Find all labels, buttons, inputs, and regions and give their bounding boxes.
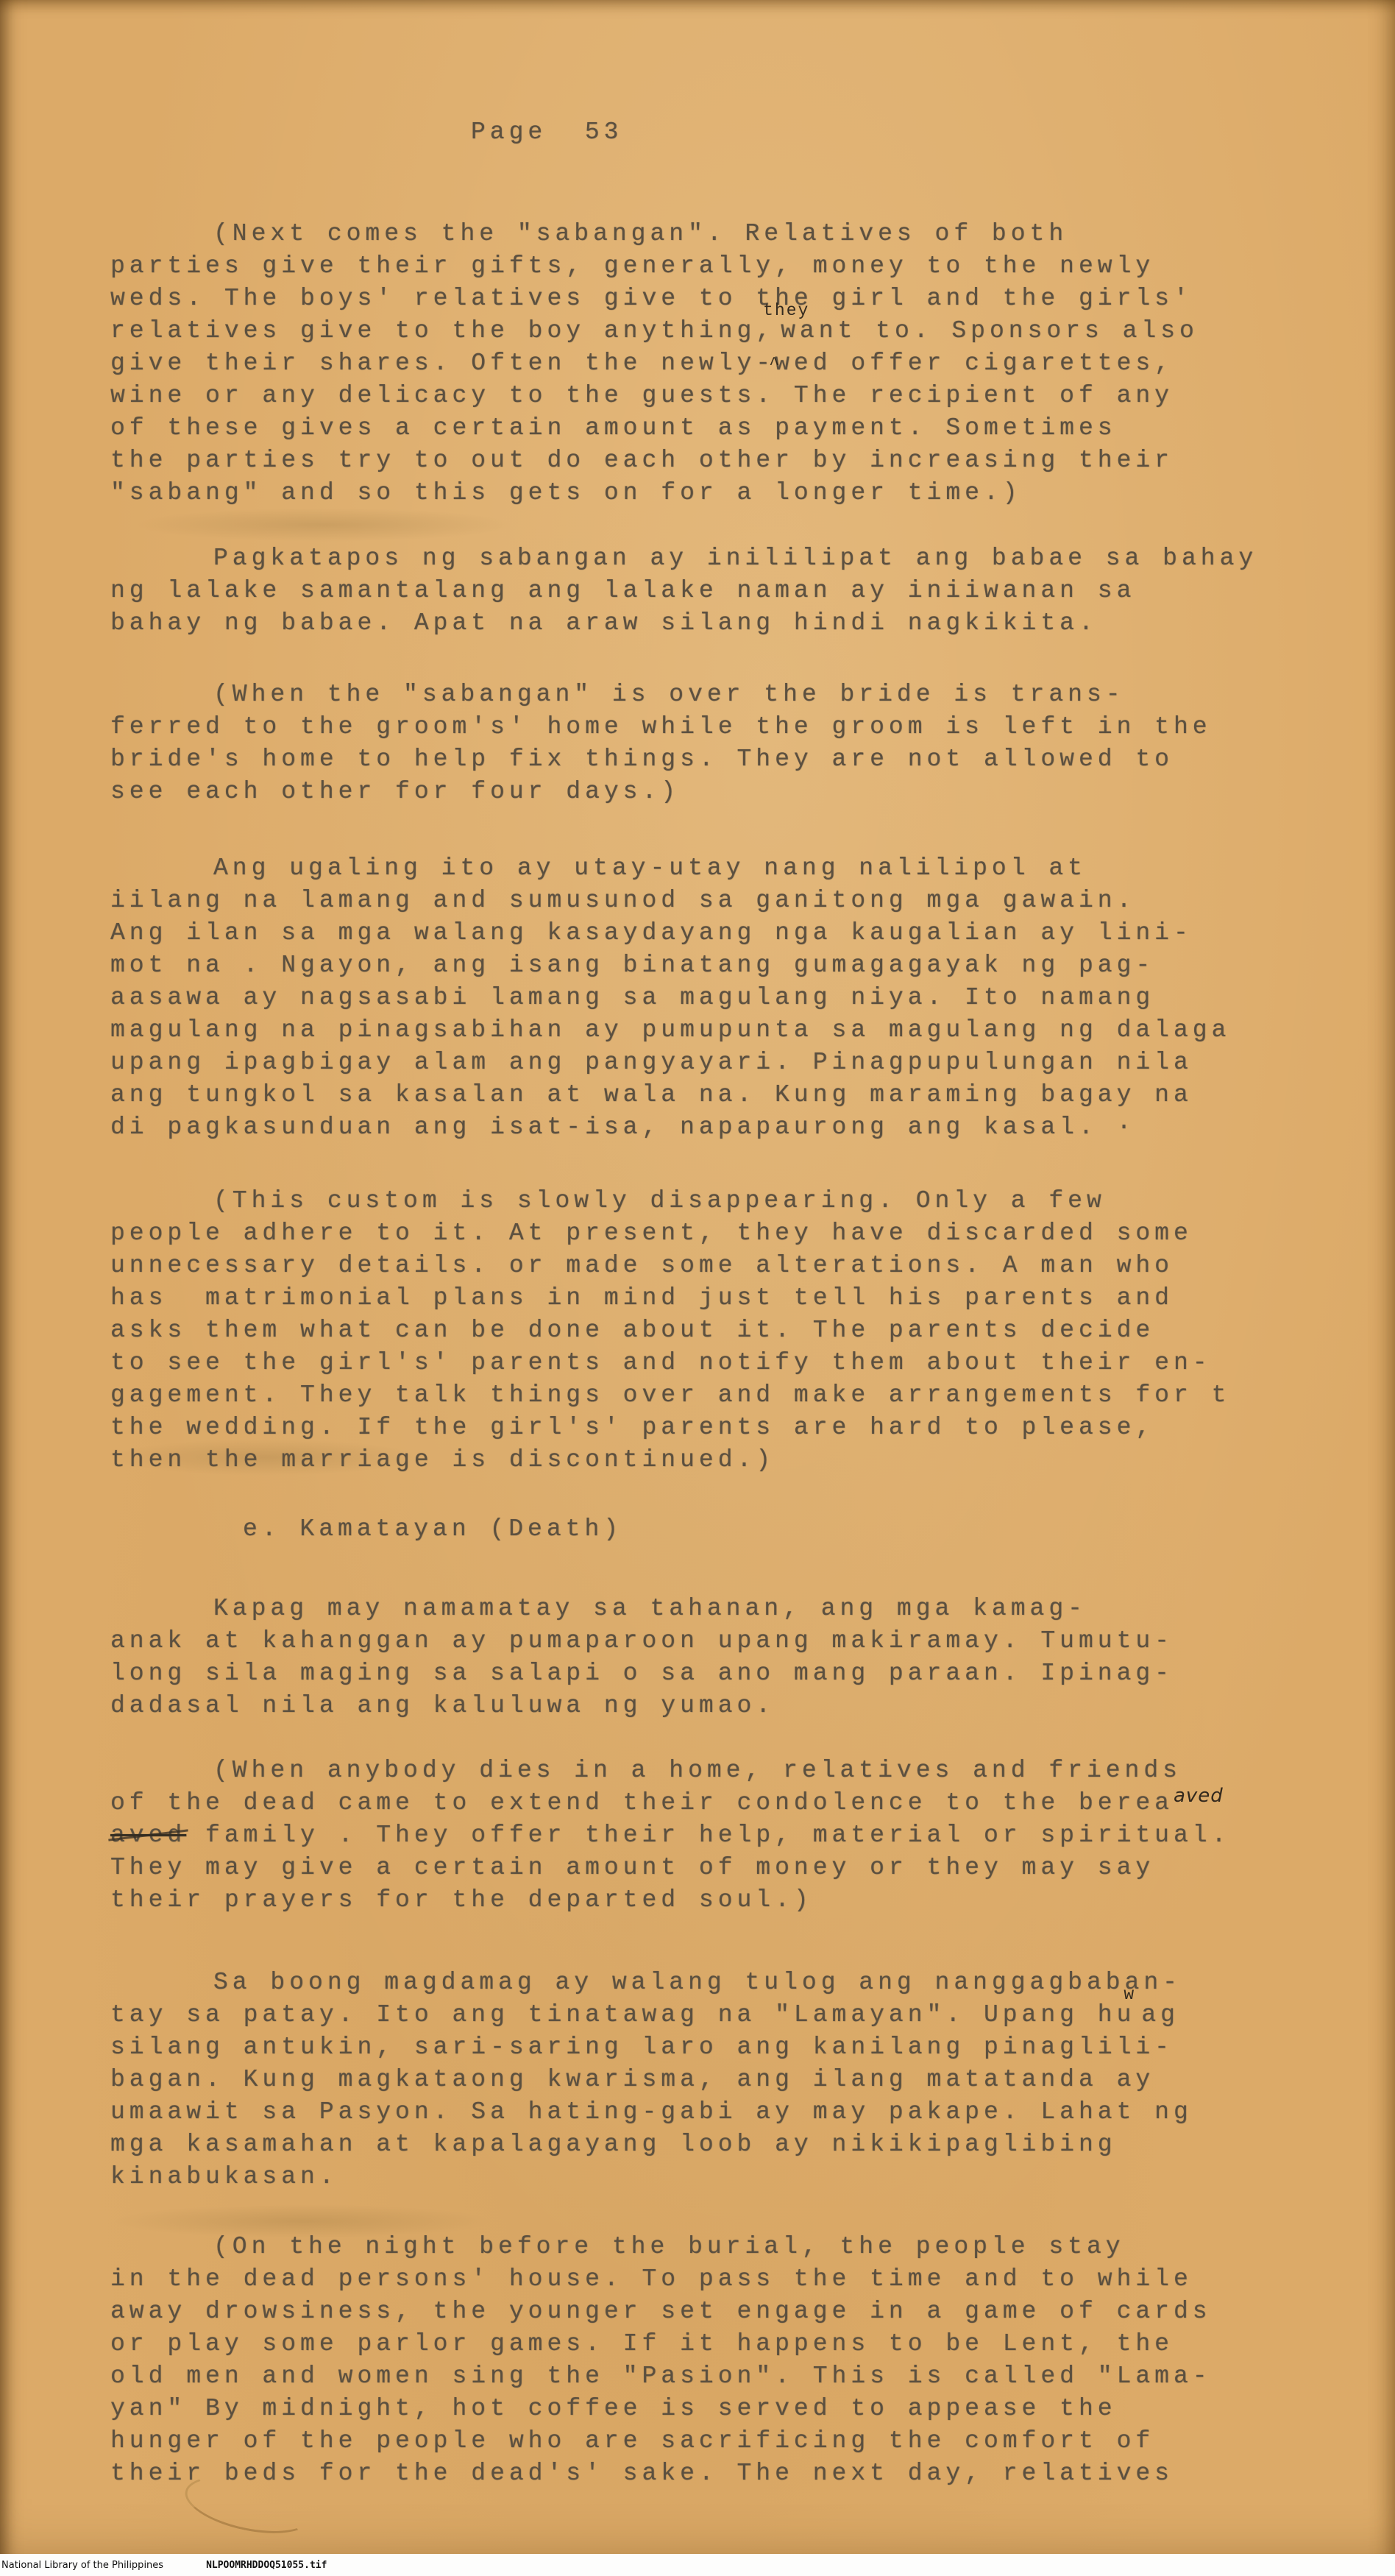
text-line: has matrimonial plans in mind just tell … bbox=[110, 1282, 1361, 1314]
text-line: asks them what can be done about it. The… bbox=[110, 1314, 1361, 1347]
text-line: bagan. Kung magkataong kwarisma, ang ila… bbox=[110, 2064, 1361, 2096]
text-segment: relatives give to the boy anything, bbox=[110, 317, 775, 344]
text-line: of these gives a certain amount as payme… bbox=[110, 412, 1361, 445]
text-line: Sa boong magdamag ay walang tulog ang na… bbox=[110, 1967, 1361, 1999]
text-line: ferred to the groom's' home while the gr… bbox=[110, 711, 1361, 743]
paragraph-english-custom: (This custom is slowly disappearing. Onl… bbox=[110, 1185, 1361, 1476]
text-line: They may give a certain amount of money … bbox=[110, 1852, 1361, 1884]
section-heading-kamatayan: e. Kamatayan (Death) bbox=[110, 1513, 622, 1546]
text-line: Ang ugaling ito ay utay-utay nang nalili… bbox=[110, 852, 1361, 885]
text-line: of the dead came to extend their condole… bbox=[110, 1787, 1361, 1819]
text-line: "sabang" and so this gets on for a longe… bbox=[110, 477, 1361, 509]
text-line: unnecessary details. or made some altera… bbox=[110, 1250, 1361, 1282]
text-line: silang antukin, sari-saring laro ang kan… bbox=[110, 2031, 1361, 2064]
text-line: (When the "sabangan" is over the bride i… bbox=[110, 679, 1361, 711]
text-line: then the marriage is discontinued.) bbox=[110, 1444, 1361, 1476]
paragraph-tagalog-lamayan: Sa boong magdamag ay walang tulog ang na… bbox=[110, 1967, 1361, 2193]
text-line: Kapag may namamatay sa tahanan, ang mga … bbox=[110, 1593, 1361, 1625]
text-line: hunger of the people who are sacrificing… bbox=[110, 2425, 1361, 2458]
text-line: the parties try to out do each other by … bbox=[110, 445, 1361, 477]
library-name: National Library of the Philippines bbox=[1, 2560, 163, 2571]
text-line: old men and women sing the "Pasion". Thi… bbox=[110, 2360, 1361, 2393]
text-line: dadasal nila ang kaluluwa ng yumao. bbox=[110, 1690, 1361, 1722]
text-line: aved family . They offer their help, mat… bbox=[110, 1819, 1361, 1852]
paragraph-english-sabangan: (Next comes the "sabangan". Relatives of… bbox=[110, 218, 1361, 509]
text-line: (Next comes the "sabangan". Relatives of… bbox=[110, 218, 1361, 250]
text-line: upang ipagbigay alam ang pangyayari. Pin… bbox=[110, 1047, 1361, 1079]
text-line: (On the night before the burial, the peo… bbox=[110, 2231, 1361, 2263]
text-line: mot na . Ngayon, ang isang binatang guma… bbox=[110, 949, 1361, 982]
text-segment: tay sa patay. Ito ang tinatawag na "Lama… bbox=[110, 2001, 1135, 2028]
caret-mark: ^ bbox=[769, 356, 784, 374]
text-segment: want to. Sponsors also bbox=[781, 317, 1199, 344]
text-line: people adhere to it. At present, they ha… bbox=[110, 1217, 1361, 1250]
text-line: bride's home to help fix things. They ar… bbox=[110, 743, 1361, 776]
text-line: tay sa patay. Ito ang tinatawag na "Lama… bbox=[110, 1999, 1361, 2031]
text-line: their prayers for the departed soul.) bbox=[110, 1884, 1361, 1917]
handwritten-word-aved: aved bbox=[1174, 1785, 1224, 1807]
text-line: gagement. They talk things over and make… bbox=[110, 1379, 1361, 1412]
text-line: di pagkasunduan ang isat-isa, napapauron… bbox=[110, 1111, 1361, 1144]
text-line: or play some parlor games. If it happens… bbox=[110, 2328, 1361, 2360]
text-line: mga kasamahan at kapalagayang loob ay ni… bbox=[110, 2129, 1361, 2161]
text-segment: ag bbox=[1141, 2001, 1179, 2028]
scan-footer-bar: National Library of the Philippines NLPO… bbox=[0, 2554, 1395, 2576]
ink-smudge bbox=[132, 508, 515, 542]
struck-out-word: aved bbox=[110, 1819, 186, 1852]
text-line: to see the girl's' parents and notify th… bbox=[110, 1347, 1361, 1379]
text-line: their beds for the dead's' sake. The nex… bbox=[110, 2458, 1361, 2490]
paragraph-tagalog-sabangan: Pagkatapos ng sabangan ay inililipat ang… bbox=[110, 542, 1361, 640]
text-line: wine or any delicacy to the guests. The … bbox=[110, 380, 1361, 412]
text-line: see each other for four days.) bbox=[110, 776, 1361, 808]
handwritten-letter-w: w bbox=[1124, 1986, 1135, 2003]
paragraph-tagalog-ugaling: Ang ugaling ito ay utay-utay nang nalili… bbox=[110, 852, 1361, 1144]
text-line: Pagkatapos ng sabangan ay inililipat ang… bbox=[110, 542, 1361, 575]
text-line: parties give their gifts, generally, mon… bbox=[110, 250, 1361, 283]
text-line: magulang na pinagsabihan ay pumupunta sa… bbox=[110, 1014, 1361, 1047]
text-line: weds. The boys' relatives give to the gi… bbox=[110, 283, 1361, 315]
text-segment: of the dead came to extend their condole… bbox=[110, 1789, 1174, 1816]
text-line: umaawit sa Pasyon. Sa hating-gabi ay may… bbox=[110, 2096, 1361, 2129]
paragraph-english-condolence: (When anybody dies in a home, relatives … bbox=[110, 1755, 1361, 1917]
text-line: give their shares. Often the newly-wed o… bbox=[110, 347, 1361, 380]
paragraph-english-transfer: (When the "sabangan" is over the bride i… bbox=[110, 679, 1361, 808]
text-line: ang tungkol sa kasalan at wala na. Kung … bbox=[110, 1079, 1361, 1111]
paragraph-tagalog-kamatayan: Kapag may namamatay sa tahanan, ang mga … bbox=[110, 1593, 1361, 1722]
text-line: away drowsiness, the younger set engage … bbox=[110, 2296, 1361, 2328]
text-line: (When anybody dies in a home, relatives … bbox=[110, 1755, 1361, 1787]
text-line: (This custom is slowly disappearing. Onl… bbox=[110, 1185, 1361, 1217]
text-line: yan" By midnight, hot coffee is served t… bbox=[110, 2393, 1361, 2425]
text-line: Ang ilan sa mga walang kasaydayang nga k… bbox=[110, 917, 1361, 949]
text-line: bahay ng babae. Apat na araw silang hind… bbox=[110, 607, 1361, 640]
text-line: aasawa ay nagsasabi lamang sa magulang n… bbox=[110, 982, 1361, 1014]
text-line: kinabukasan. bbox=[110, 2161, 1361, 2193]
page-number: Page 53 bbox=[471, 116, 622, 149]
scan-filename: NLPOOMRHDDOQ51055.tif bbox=[206, 2560, 327, 2571]
scanned-document-page: Page 53 (Next comes the "sabangan". Rela… bbox=[0, 0, 1395, 2576]
text-line: in the dead persons' house. To pass the … bbox=[110, 2263, 1361, 2296]
handwritten-word-they: they bbox=[763, 302, 809, 319]
text-line: ng lalake samantalang ang lalake naman a… bbox=[110, 575, 1361, 607]
text-line: long sila maging sa salapi o sa ano mang… bbox=[110, 1657, 1361, 1690]
text-segment: family . They offer their help, material… bbox=[186, 1822, 1230, 1849]
paragraph-english-burial-night: (On the night before the burial, the peo… bbox=[110, 2231, 1361, 2490]
text-line: anak at kahanggan ay pumaparoon upang ma… bbox=[110, 1625, 1361, 1657]
text-line: iilang na lamang and sumusunod sa ganito… bbox=[110, 885, 1361, 917]
text-line: relatives give to the boy anything,they^… bbox=[110, 315, 1361, 347]
text-line: the wedding. If the girl's' parents are … bbox=[110, 1412, 1361, 1444]
